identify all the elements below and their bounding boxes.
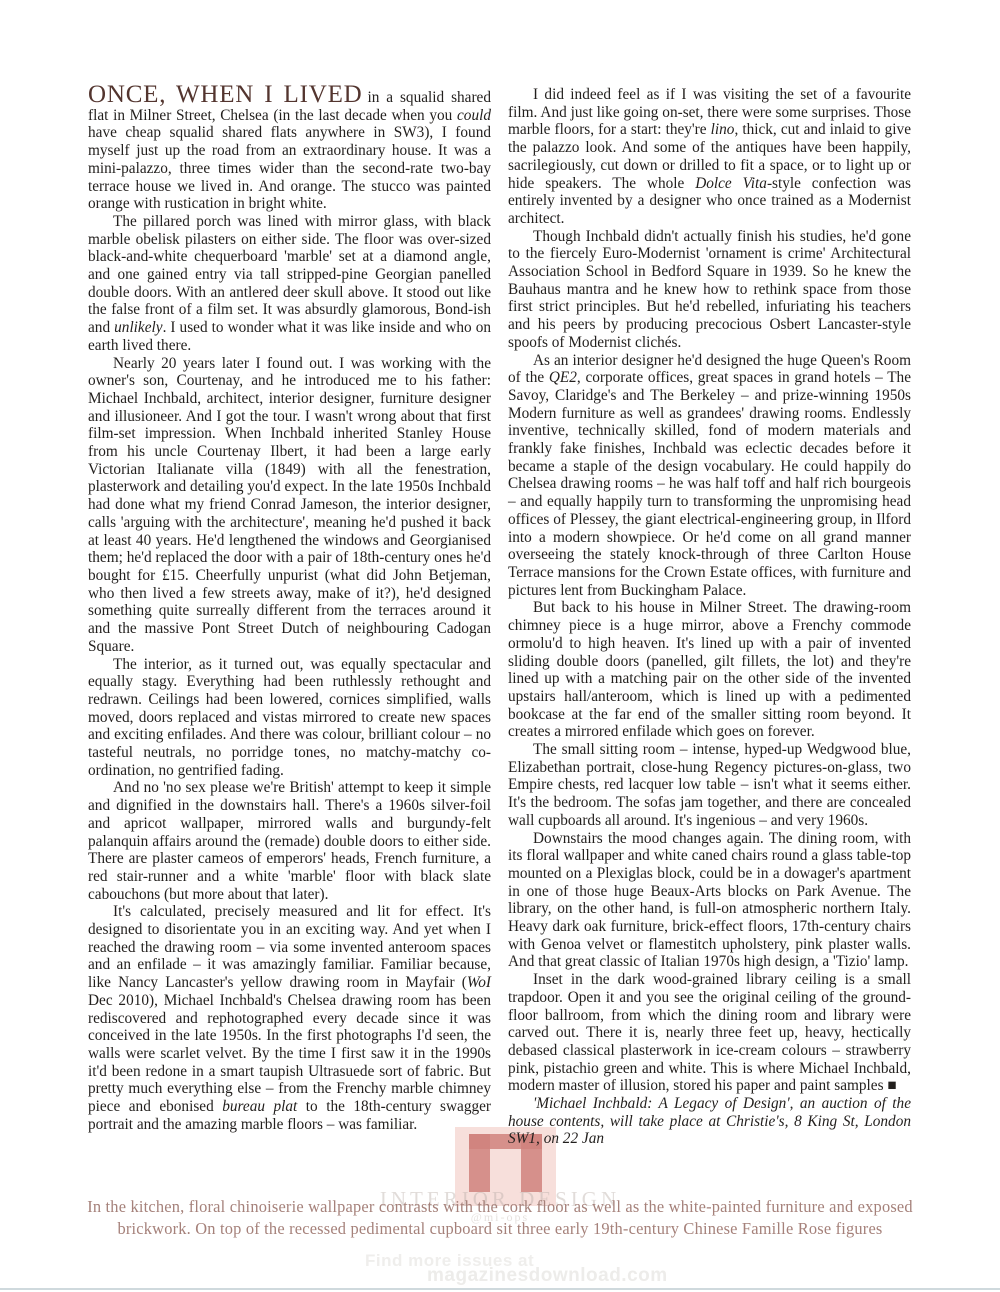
- article-headline: ONCE, WHEN I LIVED: [88, 81, 368, 108]
- article-column-right: I did indeed feel as if I was visiting t…: [508, 86, 911, 1148]
- article-columns: ONCE, WHEN I LIVEDin a squalid shared fl…: [88, 86, 911, 1148]
- article-column-left: ONCE, WHEN I LIVEDin a squalid shared fl…: [88, 86, 491, 1148]
- paragraph: But back to his house in Milner Street. …: [508, 599, 911, 741]
- opening-paragraph: ONCE, WHEN I LIVEDin a squalid shared fl…: [88, 86, 491, 213]
- paragraph: The interior, as it turned out, was equa…: [88, 656, 491, 780]
- paragraph: As an interior designer he'd designed th…: [508, 352, 911, 600]
- paragraph: I did indeed feel as if I was visiting t…: [508, 86, 911, 228]
- paragraph: The pillared porch was lined with mirror…: [88, 213, 491, 355]
- paragraph: Inset in the dark wood-grained library c…: [508, 971, 911, 1095]
- article-credit: 'Michael Inchbald: A Legacy of Design', …: [508, 1095, 911, 1148]
- photo-caption: In the kitchen, floral chinoiserie wallp…: [50, 1196, 950, 1240]
- watermark-site-text: magazinesdownload.com: [427, 1265, 668, 1287]
- paragraph: And no 'no sex please we're British' att…: [88, 779, 491, 903]
- paragraph-text: in a squalid shared flat in Milner Stree…: [88, 89, 491, 212]
- paragraph: Nearly 20 years later I found out. I was…: [88, 355, 491, 656]
- paragraph: Though Inchbald didn't actually finish h…: [508, 228, 911, 352]
- page-bottom-rule: [0, 1288, 1000, 1290]
- paragraph: Downstairs the mood changes again. The d…: [508, 830, 911, 972]
- paragraph: The small sitting room – intense, hyped-…: [508, 741, 911, 830]
- article-page: ONCE, WHEN I LIVEDin a squalid shared fl…: [88, 86, 911, 1148]
- paragraph: It's calculated, precisely measured and …: [88, 903, 491, 1133]
